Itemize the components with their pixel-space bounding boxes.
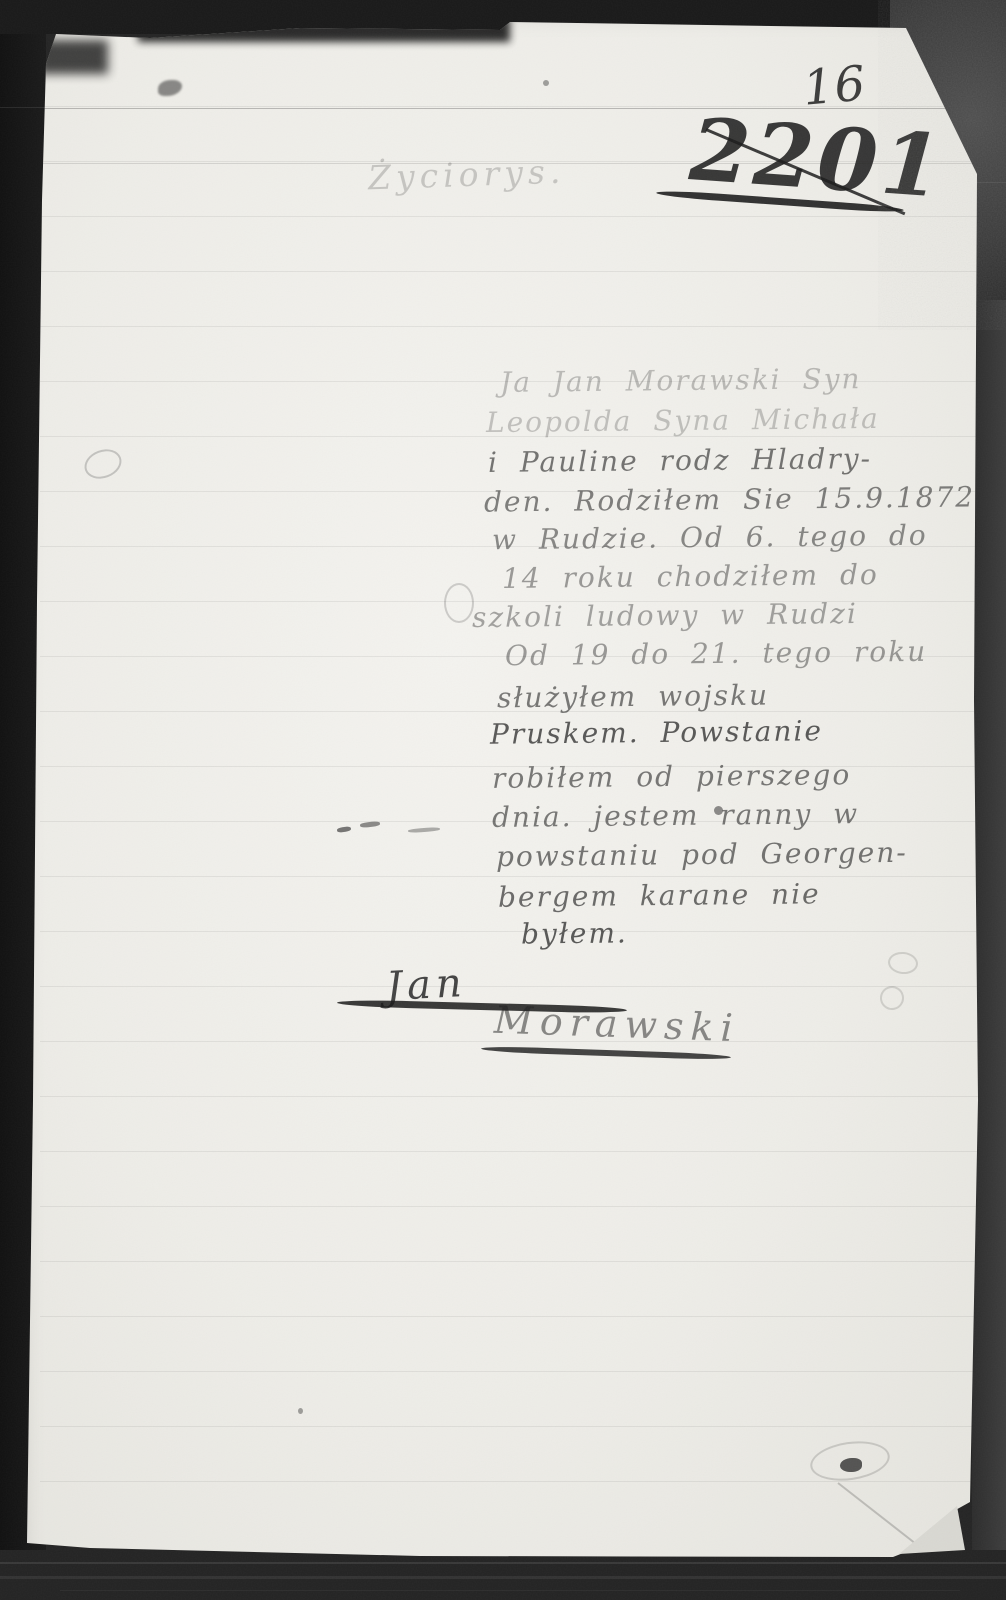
ink-blot (158, 80, 182, 96)
handwritten-line: i Pauline rodz Hladry- (488, 442, 872, 479)
handwritten-line: w Rudzie. Od 6. tego do (492, 519, 928, 557)
handwritten-line: byłem. (521, 916, 628, 950)
handwritten-line: szkoli ludowy w Rudzi (472, 597, 858, 634)
handwritten-line: robiłem od pierszego (492, 758, 852, 795)
film-border-bottom (0, 1550, 1006, 1600)
ink-speck (298, 1408, 303, 1414)
signature-last-name: Morawski (493, 998, 740, 1051)
film-streak (60, 1590, 960, 1591)
pencil-mark (444, 583, 474, 623)
handwritten-line: den. Rodziłem Sie 15.9.1872 (484, 480, 975, 518)
handwritten-line: Pruskem. Powstanie (490, 714, 823, 750)
ink-speck (714, 806, 723, 815)
ink-speck (543, 80, 549, 86)
handwritten-line: dnia. jestem ranny w (492, 797, 859, 834)
film-scratch-line (972, 182, 1006, 183)
handwritten-line: powstaniu pod Georgen- (496, 836, 908, 873)
ink-blot (840, 1458, 862, 1472)
film-streak (0, 1562, 1006, 1564)
film-scratch-line (0, 107, 46, 108)
handwritten-line: służyłem wojsku (497, 679, 769, 715)
document-title: Życiorys. (367, 152, 566, 198)
handwritten-line: Ja Jan Morawski Syn (500, 362, 862, 399)
handwritten-line: Od 19 do 21. tego roku (505, 635, 927, 672)
handwritten-line: bergem karane nie (498, 877, 821, 913)
document-page: 16 2201 Życiorys. Ja Jan Morawski Syn Le… (0, 0, 1006, 1600)
film-streak (0, 1576, 1006, 1579)
handwritten-line: 14 roku chodziłem do (502, 558, 879, 595)
edge-smudge (38, 40, 108, 74)
handwritten-line: Leopolda Syna Michała (486, 402, 880, 439)
